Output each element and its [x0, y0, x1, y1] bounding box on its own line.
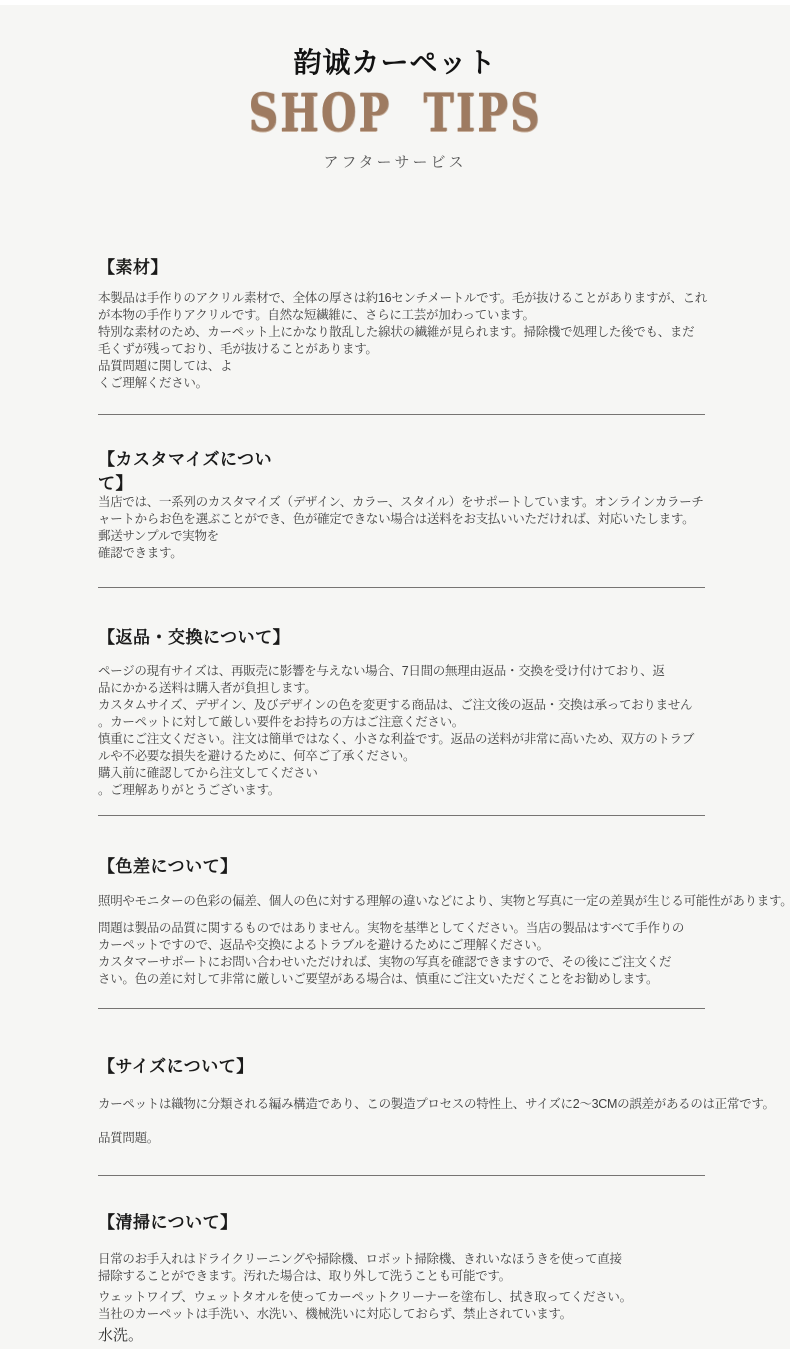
- section-cleaning-footnote: 水洗。: [98, 1326, 705, 1345]
- top-white-strip: [0, 0, 790, 5]
- section-size-body-1: カーペットは織物に分類される編み構造であり、この製造プロセスの特性上、サイズに2…: [98, 1096, 705, 1113]
- section-customization: 【カスタマイズについ て】 当店では、一系列のカスタマイズ（デザイン、カラー、ス…: [98, 448, 705, 562]
- section-customization-heading: 【カスタマイズについ て】: [98, 448, 705, 496]
- section-size: 【サイズについて】 カーペットは織物に分類される編み構造であり、この製造プロセス…: [98, 1055, 705, 1147]
- after-service-content: 【素材】 本製品は手作りのアクリル素材で、全体の厚さは約16センチメートルです。…: [98, 256, 705, 1345]
- section-cleaning-body-1: 日常のお手入れはドライクリーニングや掃除機、ロボット掃除機、きれいなほうきを使っ…: [98, 1251, 705, 1285]
- section-color-difference: 【色差について】 照明やモニターの色彩の偏差、個人の色に対する理解の違いなどによ…: [98, 855, 705, 988]
- section-color-difference-heading: 【色差について】: [98, 855, 705, 879]
- section-divider: [98, 1008, 705, 1009]
- section-returns-heading: 【返品・交換について】: [98, 626, 705, 650]
- shop-tips-logo: SHOP TIPS: [87, 84, 703, 144]
- section-cleaning-heading: 【清掃について】: [98, 1211, 705, 1235]
- section-divider: [98, 414, 705, 415]
- section-material-body: 本製品は手作りのアクリル素材で、全体の厚さは約16センチメートルです。毛が抜ける…: [98, 290, 705, 392]
- bottom-white-strip: [0, 1349, 790, 1354]
- section-divider: [98, 587, 705, 588]
- section-returns-body: ページの現有サイズは、再販売に影響を与えない場合、7日間の無理由返品・交換を受け…: [98, 663, 705, 799]
- brand-title: 韵诚カーペット: [0, 0, 790, 80]
- section-cleaning-body-2: ウェットワイプ、ウェットタオルを使ってカーペットクリーナーを塗布し、拭き取ってく…: [98, 1289, 705, 1323]
- section-divider: [98, 815, 705, 816]
- page-header: 韵诚カーペット SHOP TIPS アフターサービス: [0, 0, 790, 172]
- section-returns-exchange: 【返品・交換について】 ページの現有サイズは、再販売に影響を与えない場合、7日間…: [98, 626, 705, 799]
- section-size-body-2: 品質問題。: [98, 1130, 705, 1147]
- section-material: 【素材】 本製品は手作りのアクリル素材で、全体の厚さは約16センチメートルです。…: [98, 256, 705, 392]
- section-color-difference-body-2: 問題は製品の品質に関するものではありません。実物を基準としてください。当店の製品…: [98, 920, 705, 988]
- section-cleaning: 【清掃について】 日常のお手入れはドライクリーニングや掃除機、ロボット掃除機、き…: [98, 1211, 705, 1345]
- section-size-heading: 【サイズについて】: [98, 1055, 705, 1079]
- section-material-heading: 【素材】: [98, 256, 705, 280]
- section-divider: [98, 1175, 705, 1176]
- section-color-difference-body-1: 照明やモニターの色彩の偏差、個人の色に対する理解の違いなどにより、実物と写真に一…: [98, 893, 705, 910]
- after-service-subtitle: アフターサービス: [0, 154, 790, 172]
- section-customization-body: 当店では、一系列のカスタマイズ（デザイン、カラー、スタイル）をサポートしています…: [98, 494, 705, 562]
